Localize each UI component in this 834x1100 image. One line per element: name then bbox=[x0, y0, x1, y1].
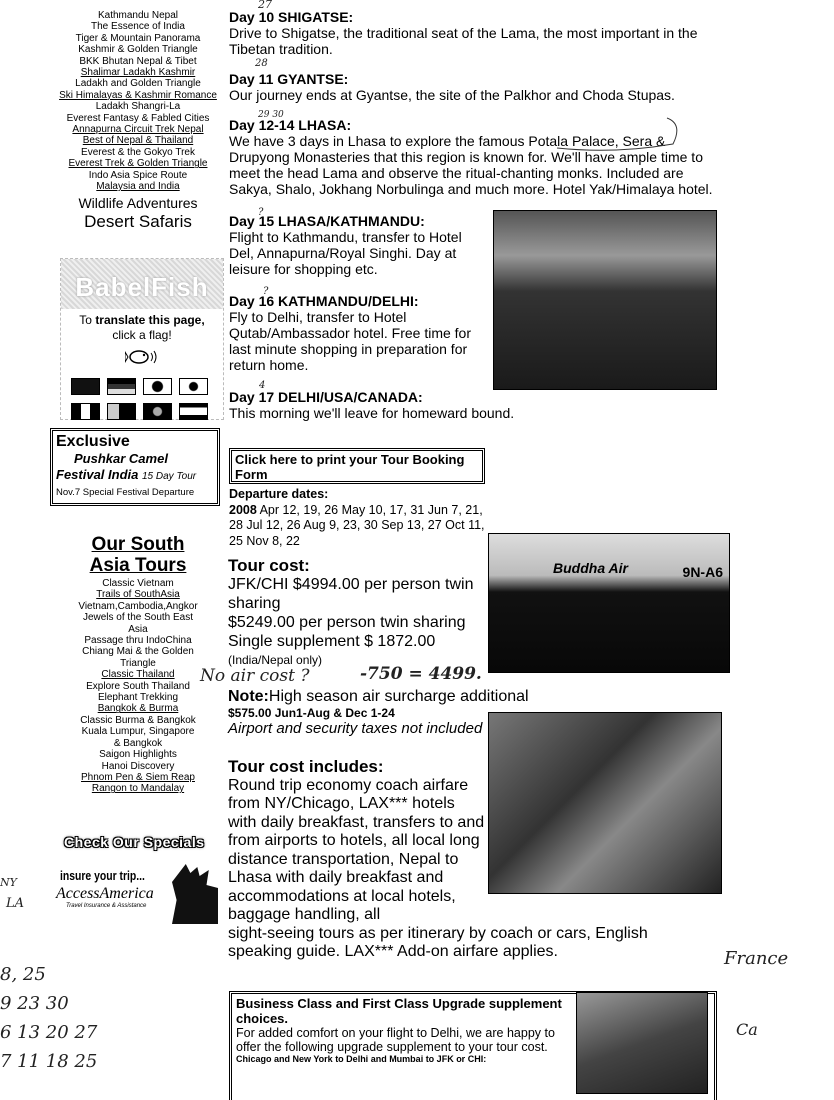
handwriting-date-line: 6 13 20 27 bbox=[0, 1018, 97, 1047]
includes-heading: Tour cost includes: bbox=[228, 758, 728, 777]
tour-link[interactable]: Everest & the Gokyo Trek bbox=[48, 147, 228, 158]
handwriting-left-dates: 8, 259 23 306 13 20 277 11 18 25 bbox=[0, 960, 97, 1076]
germany-flag-icon[interactable] bbox=[107, 378, 136, 395]
handwriting-calc: -750 = 4499. bbox=[360, 664, 482, 684]
tour-link[interactable]: Everest Fantasy & Fabled Cities bbox=[48, 113, 228, 124]
china-flag-icon[interactable] bbox=[71, 378, 100, 395]
tour-link[interactable]: Trails of SouthAsia bbox=[48, 589, 228, 600]
babelfish-logo[interactable]: BabelFish bbox=[61, 259, 223, 309]
day-body: Flight to Kathmandu, transfer to Hotel D… bbox=[229, 229, 489, 277]
tour-link[interactable]: The Essence of India bbox=[48, 21, 228, 32]
handwriting-right-margin-2: Ca bbox=[736, 1020, 758, 1039]
itinerary-day-10: Day 10 SHIGATSE: Drive to Shigatse, the … bbox=[229, 9, 725, 57]
itinerary-day-17: Day 17 DELHI/USA/CANADA: This morning we… bbox=[229, 389, 725, 421]
fish-icon bbox=[61, 347, 223, 372]
exclusive-pushkar-promo[interactable]: Exclusive Pushkar Camel Festival India 1… bbox=[50, 428, 220, 506]
tour-link[interactable]: Vietnam,Cambodia,Angkor bbox=[48, 601, 228, 612]
check-our-specials-banner[interactable]: Check Our Specials bbox=[64, 834, 229, 854]
upgrade-body: For added comfort on your flight to Delh… bbox=[236, 1026, 576, 1054]
monastery-photo bbox=[493, 210, 717, 390]
day-body: This morning we'll leave for homeward bo… bbox=[229, 405, 725, 421]
handwriting-day12: 29 30 bbox=[258, 110, 284, 120]
tour-link[interactable]: Asia bbox=[48, 624, 228, 635]
translate-instructions: To translate this page, click a flag! bbox=[61, 313, 223, 343]
note-label: Note: bbox=[228, 688, 269, 705]
translate-bold: translate this page, bbox=[95, 313, 204, 327]
tour-link[interactable]: Passage thru IndoChina bbox=[48, 635, 228, 646]
itinerary-day-16: Day 16 KATHMANDU/DELHI: Fly to Delhi, tr… bbox=[229, 293, 489, 373]
day-body: Our journey ends at Gyantse, the site of… bbox=[229, 87, 725, 103]
departure-dates: Departure dates: 2008 Apr 12, 19, 26 May… bbox=[229, 487, 489, 549]
tour-link[interactable]: Jewels of the South East bbox=[48, 612, 228, 623]
handwriting-date-line: 8, 25 bbox=[0, 960, 97, 989]
handwriting-day17: 4 bbox=[259, 380, 265, 391]
tour-link[interactable]: Chiang Mai & the Golden bbox=[48, 646, 228, 657]
desert-safaris-link[interactable]: Desert Safaris bbox=[48, 211, 228, 233]
tour-link[interactable]: Ski Himalayas & Kashmir Romance bbox=[48, 90, 228, 101]
includes-body: Round trip economy coach airfare from NY… bbox=[228, 777, 486, 925]
tour-links-list: Kathmandu NepalThe Essence of IndiaTiger… bbox=[48, 10, 228, 233]
tour-link[interactable]: Kashmir & Golden Triangle bbox=[48, 44, 228, 55]
itinerary-day-15: Day 15 LHASA/KATHMANDU: Flight to Kathma… bbox=[229, 213, 489, 277]
promo-name-line2: Festival India bbox=[56, 467, 138, 482]
babelfish-translate-widget: BabelFish To translate this page, click … bbox=[60, 258, 224, 420]
tour-link[interactable]: Elephant Trekking bbox=[48, 692, 228, 703]
tour-link[interactable]: Kathmandu Nepal bbox=[48, 10, 228, 21]
handwriting-date-line: 7 11 18 25 bbox=[0, 1047, 97, 1076]
tour-cost-heading: Tour cost: bbox=[228, 556, 558, 575]
wildlife-adventures-link[interactable]: Wildlife Adventures bbox=[48, 195, 228, 211]
tour-link[interactable]: Bangkok & Burma bbox=[48, 703, 228, 714]
handwriting-left-margin-1: NY bbox=[0, 876, 17, 889]
plane-registration: 9N-A6 bbox=[683, 564, 723, 580]
south-asia-heading-line1: Our South bbox=[48, 534, 228, 555]
access-america-insurance-ad[interactable]: insure your trip... AccessAmerica Travel… bbox=[52, 868, 222, 926]
tour-link[interactable]: Kuala Lumpur, Singapore bbox=[48, 726, 228, 737]
departure-date-list: Apr 12, 19, 26 May 10, 17, 31 Jun 7, 21,… bbox=[229, 503, 485, 548]
print-booking-form-link[interactable]: Click here to print your Tour Booking Fo… bbox=[229, 448, 485, 484]
italy-flag-icon[interactable] bbox=[71, 403, 100, 420]
tour-link[interactable]: Tiger & Mountain Panorama bbox=[48, 33, 228, 44]
tour-cost: Tour cost: JFK/CHI $4994.00 per person t… bbox=[228, 556, 558, 670]
departure-year: 2008 bbox=[229, 503, 257, 517]
south-asia-heading[interactable]: Our South Asia Tours bbox=[48, 534, 228, 576]
business-class-photo bbox=[576, 992, 708, 1094]
day-body: Drive to Shigatse, the traditional seat … bbox=[229, 25, 725, 57]
tour-link[interactable]: Best of Nepal & Thailand bbox=[48, 135, 228, 146]
tour-link[interactable]: Saigon Highlights bbox=[48, 749, 228, 760]
handwriting-circle-annotation bbox=[555, 114, 685, 154]
tour-link[interactable]: Malaysia and India bbox=[48, 181, 228, 192]
handwriting-left-margin-2: LA bbox=[6, 896, 24, 911]
tour-link[interactable]: Ladakh Shangri-La bbox=[48, 101, 228, 112]
includes-body-cont: sight-seeing tours as per itinerary by c… bbox=[228, 925, 668, 962]
south-asia-heading-line2: Asia Tours bbox=[48, 555, 228, 576]
handwriting-day16: ? bbox=[263, 286, 268, 297]
tour-link[interactable]: Ladakh and Golden Triangle bbox=[48, 78, 228, 89]
tour-cost-jfk-chi: JFK/CHI $4994.00 per person twin sharing bbox=[228, 575, 478, 613]
tour-link[interactable]: Classic Burma & Bangkok bbox=[48, 715, 228, 726]
airline-name: Buddha Air bbox=[553, 560, 628, 576]
south-asia-tours-list: Classic VietnamTrails of SouthAsiaVietna… bbox=[48, 578, 228, 795]
handwriting-date-line: 9 23 30 bbox=[0, 989, 97, 1018]
tour-link[interactable]: Shalimar Ladakh Kashmir bbox=[48, 67, 228, 78]
day-heading: Day 11 GYANTSE: bbox=[229, 71, 725, 87]
exclusive-title: Exclusive bbox=[56, 433, 214, 451]
handwriting-day15: ? bbox=[258, 207, 263, 218]
insurance-tagline: insure your trip... bbox=[60, 868, 190, 883]
tour-cost-twin: $5249.00 per person twin sharing bbox=[228, 613, 558, 632]
tour-link[interactable]: Everest Trek & Golden Triangle bbox=[48, 158, 228, 169]
upgrade-heading: Business Class and First Class Upgrade s… bbox=[236, 996, 566, 1026]
note-text: High season air surcharge additional bbox=[269, 688, 529, 705]
handwriting-day11: 28 bbox=[255, 58, 268, 69]
translate-line2: click a flag! bbox=[112, 328, 171, 342]
flag-grid bbox=[61, 372, 223, 420]
tour-link[interactable]: Phnom Pen & Siem Reap bbox=[48, 772, 228, 783]
brazil-flag-icon[interactable] bbox=[143, 403, 172, 420]
portugal-flag-icon[interactable] bbox=[107, 403, 136, 420]
korea-flag-icon[interactable] bbox=[179, 378, 208, 395]
promo-name-line1: Pushkar Camel bbox=[56, 451, 214, 467]
spain-flag-icon[interactable] bbox=[179, 403, 208, 420]
handwriting-right-margin-1: France bbox=[724, 948, 788, 969]
departure-heading: Departure dates: bbox=[229, 487, 489, 503]
japan-flag-icon[interactable] bbox=[143, 378, 172, 395]
translate-prefix: To bbox=[79, 313, 95, 327]
day-heading: Day 17 DELHI/USA/CANADA: bbox=[229, 389, 725, 405]
tour-cost-includes: Tour cost includes: Round trip economy c… bbox=[228, 758, 728, 962]
itinerary-day-11: Day 11 GYANTSE: Our journey ends at Gyan… bbox=[229, 71, 725, 103]
tour-link[interactable]: BKK Bhutan Nepal & Tibet bbox=[48, 56, 228, 67]
handwriting-no-air-cost: No air cost ? bbox=[200, 666, 309, 686]
promo-duration: 15 Day Tour bbox=[142, 471, 196, 482]
single-supplement: Single supplement $ 1872.00 bbox=[228, 632, 558, 651]
tour-link[interactable]: Hanoi Discovery bbox=[48, 761, 228, 772]
handwriting-day10: 27 bbox=[258, 0, 272, 11]
tour-link[interactable]: Rangon to Mandalay bbox=[48, 783, 228, 794]
day-heading: Day 15 LHASA/KATHMANDU: bbox=[229, 213, 489, 229]
tour-link[interactable]: Annapurna Circuit Trek Nepal bbox=[48, 124, 228, 135]
tour-link[interactable]: Classic Vietnam bbox=[48, 578, 228, 589]
promo-footer: Nov.7 Special Festival Departure bbox=[56, 487, 214, 498]
tour-link[interactable]: & Bangkok bbox=[48, 738, 228, 749]
tour-link[interactable]: Indo Asia Spice Route bbox=[48, 170, 228, 181]
day-heading: Day 10 SHIGATSE: bbox=[229, 9, 725, 25]
day-body: Fly to Delhi, transfer to Hotel Qutab/Am… bbox=[229, 309, 489, 373]
